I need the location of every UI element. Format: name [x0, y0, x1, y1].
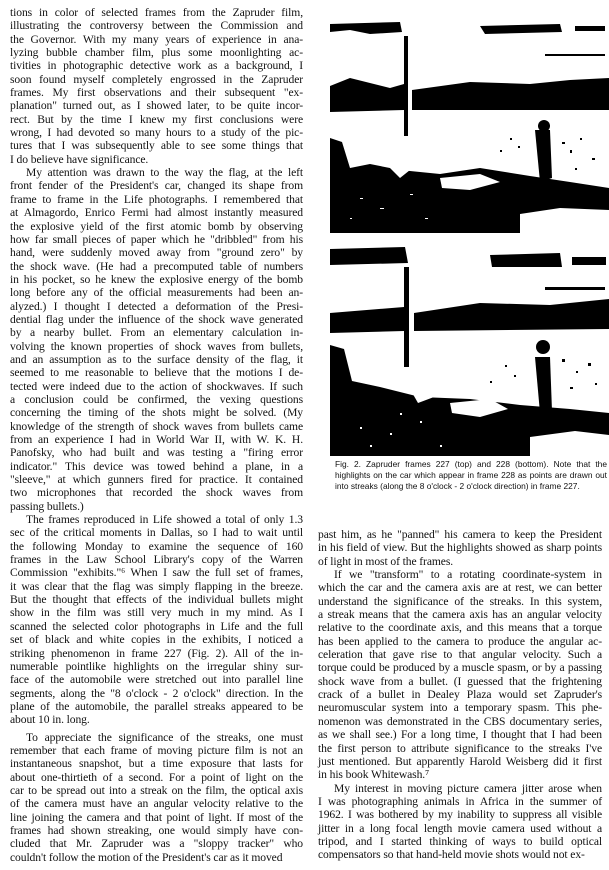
text-line: at Almagordo, Enrico Fermi had almost in… [10, 206, 303, 219]
text-line: Commission "exhibits."⁶ When I saw the f… [10, 566, 303, 579]
text-line: how far small pieces of paper which he "… [10, 233, 303, 246]
left-paragraph-4: To appreciate the significance of the st… [10, 731, 303, 864]
text-line: tures that I was subsequently able to se… [10, 139, 303, 152]
text-line: the first person to attribute significan… [318, 742, 602, 755]
text-line: wrong, I had devoted so many hours to a … [10, 126, 303, 139]
text-line: The frames reproduced in Life showed a t… [10, 513, 303, 526]
text-line: soon found myself completely engrossed i… [10, 73, 303, 86]
text-line: and an assumption as to the surface dens… [10, 353, 303, 366]
text-line: it was clear that the flag was simply fl… [10, 580, 303, 593]
text-line: the explosive yield of the first atomic … [10, 220, 303, 233]
figure-2-caption: Fig. 2. Zapruder frames 227 (top) and 22… [335, 459, 607, 492]
text-line: the shock wave. (He had a precomputed ta… [10, 260, 303, 273]
text-line: in his field of view. But the highlights… [318, 541, 602, 554]
text-line: scanned the selected color photographs i… [10, 620, 303, 633]
caption-line: Fig. 2. Zapruder frames 227 (top) and 22… [335, 459, 607, 470]
text-line: line joining the camera and that point o… [10, 811, 303, 824]
left-paragraph-2: My attention was drawn to the way the fl… [10, 166, 303, 513]
text-line: just mentioned. But apparently Harold We… [318, 755, 602, 768]
text-line: sec of the critical moments in Dallas, s… [10, 526, 303, 539]
caption-line: into streaks (along the 8 o'clock - 2 o'… [335, 481, 607, 492]
text-line: understand the significance of the strea… [318, 595, 602, 608]
text-line: neuromuscular system into a temporary sp… [318, 701, 602, 714]
text-line: by a nearby bullet. From an elementary c… [10, 326, 303, 339]
zapruder-frame-227-photo [330, 18, 609, 233]
text-line: tripod, and I started thinking of ways t… [318, 835, 602, 848]
text-line: in his pocket, so he knew the explosive … [10, 273, 303, 286]
text-line: concerning the timing of the shots might… [10, 406, 303, 419]
text-line: car to be spread out into a streak on th… [10, 784, 303, 797]
caption-line: highlights on the car which appear in fr… [335, 470, 607, 481]
text-line: My attention was drawn to the way the fl… [10, 166, 303, 179]
text-line: If we "transform" to a rotating coordina… [318, 568, 602, 581]
text-line: shock wave from a bullet. (I guessed tha… [318, 675, 602, 688]
text-line: long before any of the official measurem… [10, 286, 303, 299]
text-line: plane of the automobile, the parallel st… [10, 700, 303, 713]
right-paragraph-1: past him, as he "panned" his camera to k… [318, 528, 602, 568]
text-line: nomenon was demonstrated in the CBS docu… [318, 715, 602, 728]
text-line: a conclusion could be confirmed, the vex… [10, 393, 303, 406]
text-line: as we shall see.) For a long time, I tho… [318, 728, 602, 741]
figure-2 [330, 18, 609, 456]
text-line: "sleeve," at which gunners fired for pra… [10, 473, 303, 486]
text-line: lyzing bubble chamber film, plus some mo… [10, 46, 303, 59]
text-line: My interest in moving picture camera jit… [318, 782, 602, 795]
zapruder-frame-228-photo [330, 241, 609, 456]
text-line: crack of a bullet in Dealey Plaza would … [318, 688, 602, 701]
right-paragraph-3: My interest in moving picture camera jit… [318, 782, 602, 862]
text-line: I do believe have significance. [10, 153, 303, 166]
text-line: tions in color of selected frames from t… [10, 6, 303, 19]
text-line: couldn't follow the motion of the Presid… [10, 851, 303, 864]
text-line: of the camera must have an angular veloc… [10, 797, 303, 810]
text-line: celeration that gave rise to that angula… [318, 648, 602, 661]
text-line: set of black and white copies in the exh… [10, 633, 303, 646]
text-line: striking phenomenon in frame 227 (Fig. 2… [10, 647, 303, 660]
text-line: frame to frame in the Life photographs. … [10, 193, 303, 206]
text-line: from an experience I had in World War II… [10, 433, 303, 446]
text-line: rect. But by the time I knew my first co… [10, 113, 303, 126]
text-line: which the car and the camera axis are at… [318, 581, 602, 594]
text-line: numerable pointlike highlights on the ir… [10, 660, 303, 673]
left-paragraph-1: tions in color of selected frames from t… [10, 6, 303, 166]
text-line: in his book Whitewash.⁷ [318, 768, 602, 781]
text-line: Panofsky, who had built and was testing … [10, 446, 303, 459]
text-line: frames. My first observations and their … [10, 86, 303, 99]
text-line: instantaneous snapshot, but a time expos… [10, 757, 303, 770]
left-paragraph-3: The frames reproduced in Life showed a t… [10, 513, 303, 727]
text-line: tivities in photographic detective work … [10, 59, 303, 72]
text-line: But the thought that effects of the indi… [10, 593, 303, 606]
text-line: knowledge of the strength of shock waves… [10, 420, 303, 433]
text-line: 1962. I was bothered by my inability to … [318, 808, 602, 821]
text-line: two microphones that recorded the shock … [10, 486, 303, 499]
right-paragraph-2: If we "transform" to a rotating coordina… [318, 568, 602, 782]
text-line: To appreciate the significance of the st… [10, 731, 303, 744]
text-line: face of the automobile were stretched ou… [10, 673, 303, 686]
text-line: past him, as he "panned" his camera to k… [318, 528, 602, 541]
text-line: remember that each frame of moving pictu… [10, 744, 303, 757]
text-line: I was photographing animals in Africa in… [318, 795, 602, 808]
text-line: the Governor. With my many years of expe… [10, 33, 303, 46]
right-column: past him, as he "panned" his camera to k… [318, 528, 602, 862]
text-line: seemed to me reasonable to believe that … [10, 366, 303, 379]
text-line: jitter in a long focal length movie came… [318, 822, 602, 835]
text-line: planation" turned out, as I showed later… [10, 99, 303, 112]
text-line: torque could be produced by a muscle spa… [318, 661, 602, 674]
document-page: tions in color of selected frames from t… [0, 0, 609, 870]
text-line: compensators so that hand-held movie sho… [318, 848, 602, 861]
text-line: alyzed.) I thought I detected a deformat… [10, 300, 303, 313]
text-line: illustrating the controversy between the… [10, 19, 303, 32]
text-line: cluded that Mr. Zapruder was a "sloppy t… [10, 837, 303, 850]
text-line: indicator." This device was towed behind… [10, 460, 303, 473]
text-line: segments, along the "8 o'clock - 2 o'clo… [10, 687, 303, 700]
text-line: about 10 in. long. [10, 713, 303, 726]
text-line: the following Monday to examine the sequ… [10, 540, 303, 553]
text-line: volving the known properties of shock wa… [10, 340, 303, 353]
text-line: front fender of the President's car, cha… [10, 179, 303, 192]
text-line: hand, were suddenly moved away from "gro… [10, 246, 303, 259]
text-line: has been applied to the camera to produc… [318, 635, 602, 648]
text-line: tected were indeed due to the action of … [10, 380, 303, 393]
text-line: about one-thirtieth of a second. For a p… [10, 771, 303, 784]
text-line: dential flag under the influence of the … [10, 313, 303, 326]
text-line: a streak means that the camera axis has … [318, 608, 602, 621]
text-line: frames had shown streaking, one would si… [10, 824, 303, 837]
text-line: relative to the coordinate axis, and thi… [318, 621, 602, 634]
text-line: frames in the Law School Library's copy … [10, 553, 303, 566]
left-column: tions in color of selected frames from t… [10, 6, 303, 864]
text-line: show in the film was still very much in … [10, 606, 303, 619]
text-line: of light in most of the frames. [318, 555, 602, 568]
text-line: passing bullets.) [10, 500, 303, 513]
